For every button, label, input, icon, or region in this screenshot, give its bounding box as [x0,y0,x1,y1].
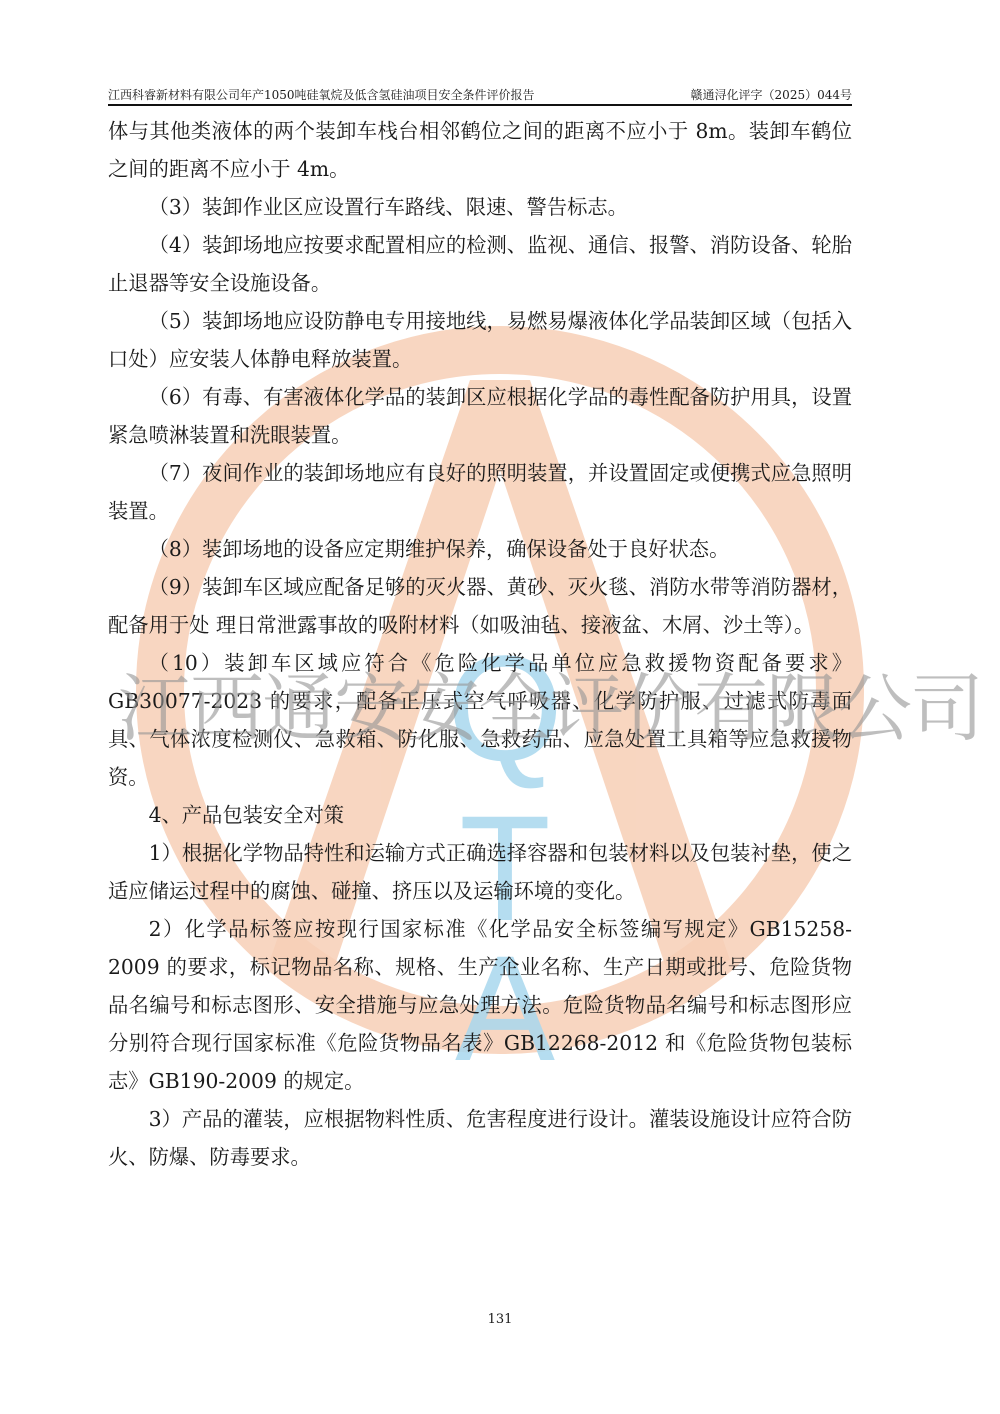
paragraph: 体与其他类液体的两个装卸车栈台相邻鹤位之间的距离不应小于 8m。装卸车鹤位之间的… [108,112,852,188]
header-report-number: 赣通浔化评字（2025）044号 [691,86,852,103]
paragraph: （4）装卸场地应按要求配置相应的检测、监视、通信、报警、消防设备、轮胎止退器等安… [108,226,852,302]
watermark-company-text: 江西通安安全评价有限公司 [118,650,982,756]
page-number: 131 [0,1312,1000,1327]
paragraph: （7）夜间作业的装卸场地应有良好的照明装置，并设置固定或便携式应急照明装置。 [108,454,852,530]
paragraph: 2）化学品标签应按现行国家标准《化学品安全标签编写规定》GB15258-2009… [108,910,852,1100]
paragraph: 3）产品的灌装，应根据物料性质、危害程度进行设计。灌装设施设计应符合防火、防爆、… [108,1100,852,1176]
header-report-title: 江西科睿新材料有限公司年产1050吨硅氧烷及低含氢硅油项目安全条件评价报告 [108,86,535,103]
paragraph: （8）装卸场地的设备应定期维护保养，确保设备处于良好状态。 [108,530,852,568]
paragraph: 1）根据化学物品特性和运输方式正确选择容器和包装材料以及包装衬垫，使之适应储运过… [108,834,852,910]
paragraph: （9）装卸车区域应配备足够的灭火器、黄砂、灭火毯、消防水带等消防器材，配备用于处… [108,568,852,644]
body-content: 体与其他类液体的两个装卸车栈台相邻鹤位之间的距离不应小于 8m。装卸车鹤位之间的… [108,112,852,1176]
section-heading: 4、产品包装安全对策 [108,796,852,834]
paragraph: （6）有毒、有害液体化学品的装卸区应根据化学品的毒性配备防护用具，设置紧急喷淋装… [108,378,852,454]
paragraph: （5）装卸场地应设防静电专用接地线，易燃易爆液体化学品装卸区域（包括入口处）应安… [108,302,852,378]
page-header: 江西科睿新材料有限公司年产1050吨硅氧烷及低含氢硅油项目安全条件评价报告 赣通… [108,84,852,106]
paragraph: （3）装卸作业区应设置行车路线、限速、警告标志。 [108,188,852,226]
